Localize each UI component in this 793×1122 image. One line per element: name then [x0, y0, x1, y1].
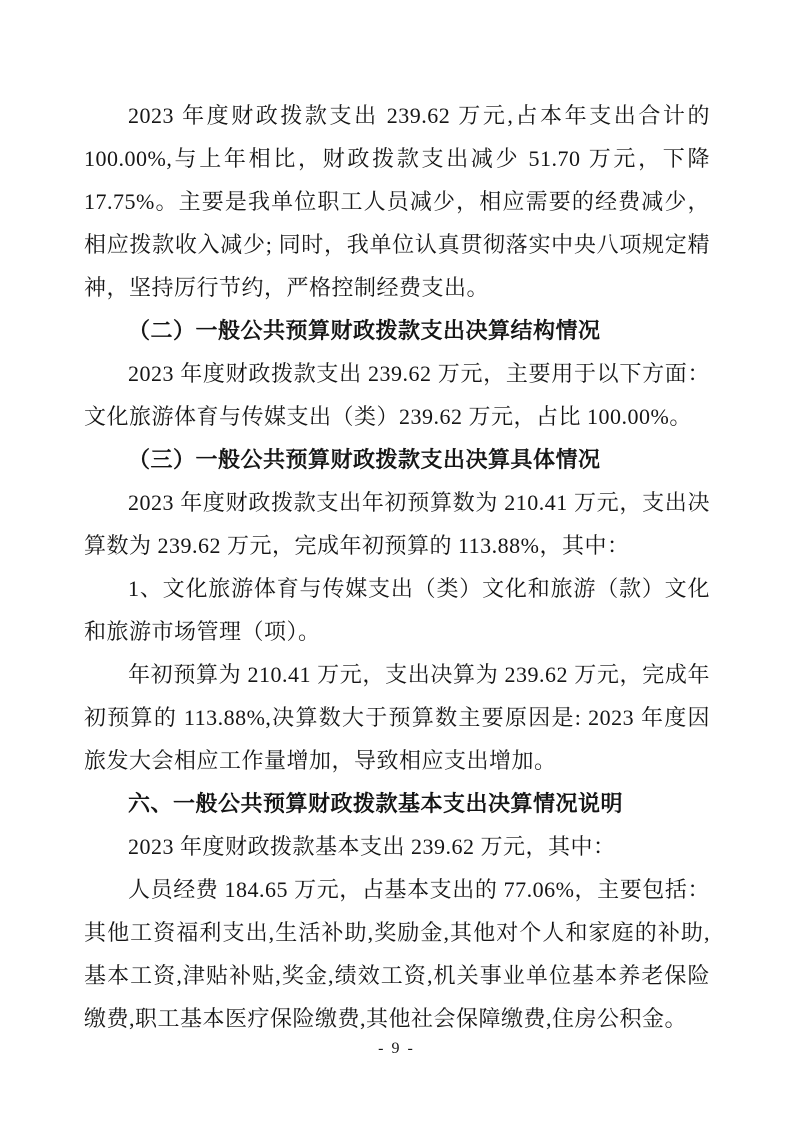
page-number: - 9 -: [0, 1038, 793, 1060]
heading-section-3-expenditure-specifics: （三）一般公共预算财政拨款支出决算具体情况: [84, 438, 710, 481]
paragraph-fiscal-expenditure-overview: 2023 年度财政拨款支出 239.62 万元,占本年支出合计的 100.00%…: [84, 94, 710, 309]
paragraph-basic-expenditure-total: 2023 年度财政拨款基本支出 239.62 万元，其中：: [84, 825, 710, 868]
heading-section-6-basic-expenditure: 六、一般公共预算财政拨款基本支出决算情况说明: [84, 782, 710, 825]
paragraph-expenditure-structure-detail: 2023 年度财政拨款支出 239.62 万元，主要用于以下方面：文化旅游体育与…: [84, 352, 710, 438]
heading-section-2-expenditure-structure: （二）一般公共预算财政拨款支出决算结构情况: [84, 309, 710, 352]
paragraph-budget-vs-final-accounts: 2023 年度财政拨款支出年初预算数为 210.41 万元，支出决算数为 239…: [84, 481, 710, 567]
paragraph-personnel-expenses-detail: 人员经费 184.65 万元，占基本支出的 77.06%，主要包括：其他工资福利…: [84, 868, 710, 1040]
document-page: 2023 年度财政拨款支出 239.62 万元,占本年支出合计的 100.00%…: [0, 0, 793, 1122]
document-body: 2023 年度财政拨款支出 239.62 万元,占本年支出合计的 100.00%…: [84, 94, 710, 1040]
paragraph-item-1-culture-tourism: 1、文化旅游体育与传媒支出（类）文化和旅游（款）文化和旅游市场管理（项）。: [84, 567, 710, 653]
paragraph-budget-variance-explanation: 年初预算为 210.41 万元，支出决算为 239.62 万元，完成年初预算的 …: [84, 653, 710, 782]
